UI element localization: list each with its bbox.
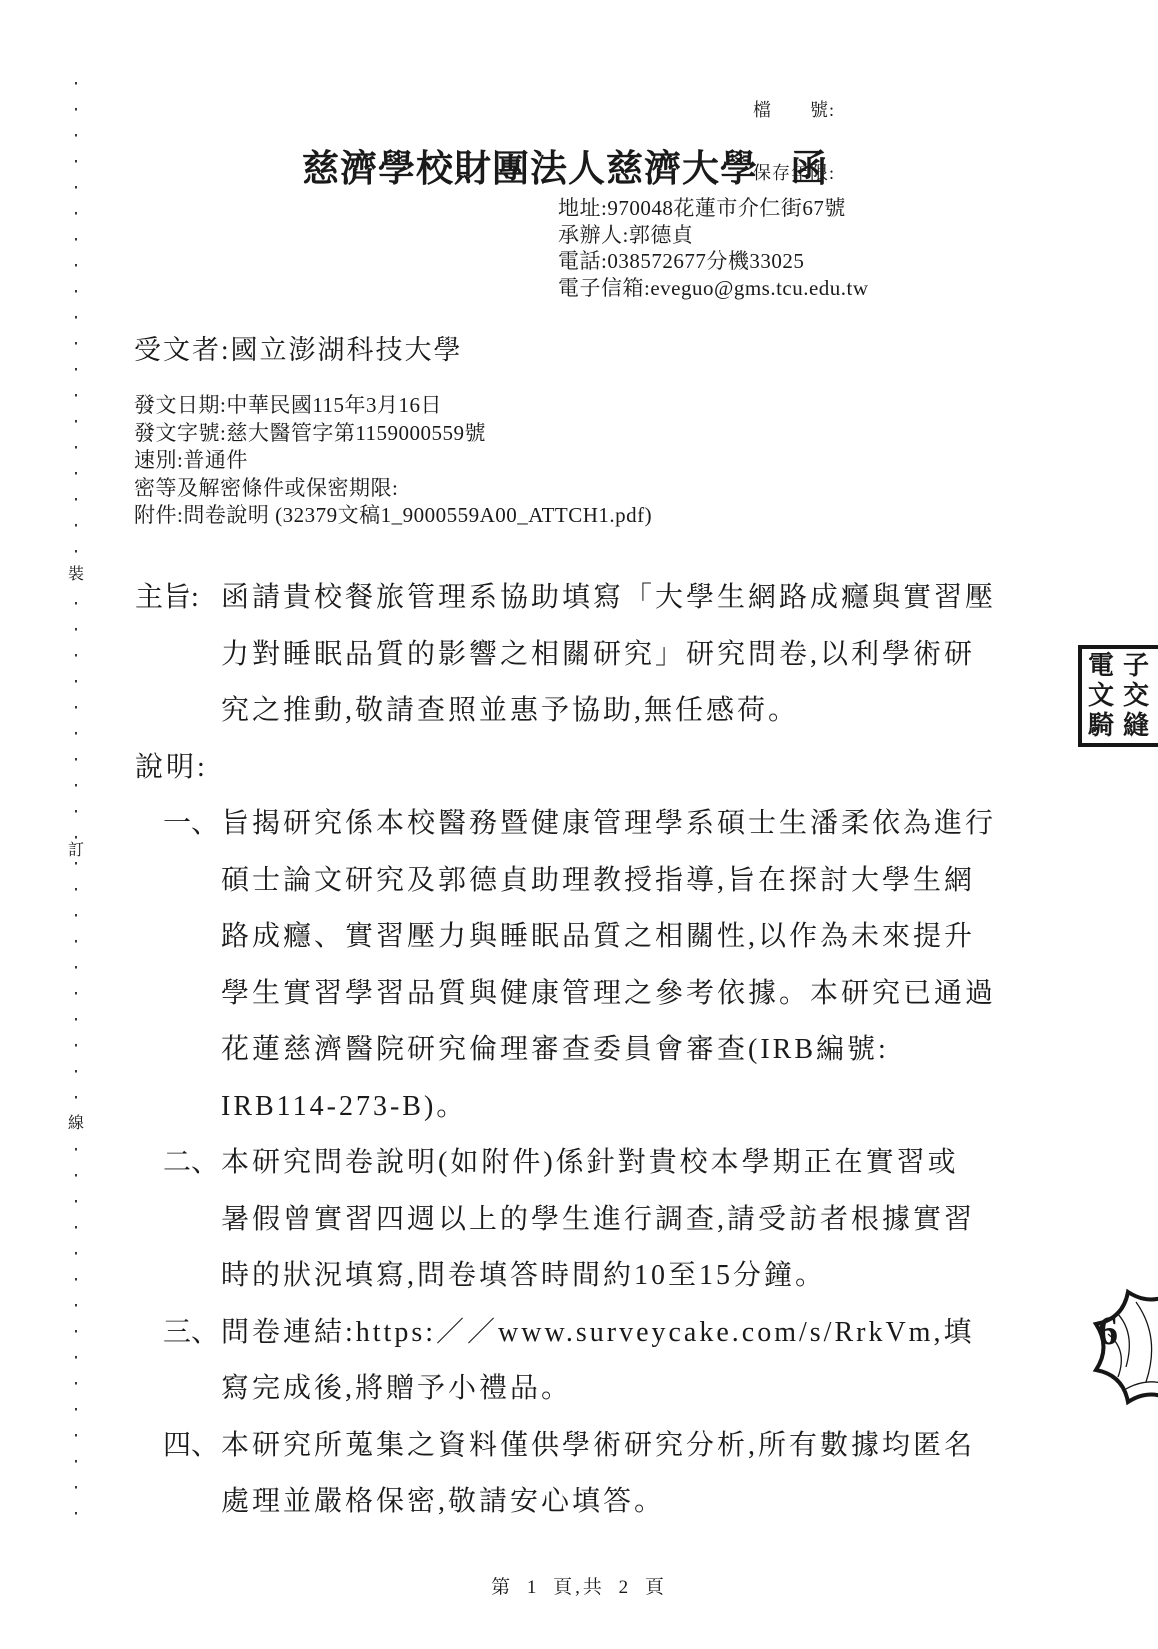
sender-line: 地址:970048花蓮市介仁街67號 — [558, 195, 869, 222]
binding-dotted-line — [75, 82, 77, 1534]
sender-line: 電子信箱:eveguo@gms.tcu.edu.tw — [558, 275, 869, 302]
subject-line: 究之推動,敬請查照並惠予協助,無任感荷。 — [135, 683, 1035, 740]
item-first-line: 三、問卷連結:https:／／www.surveycake.com/s/RrkV… — [135, 1305, 1035, 1362]
item-line: 時的狀況填寫,問卷填答時間約10至15分鐘。 — [135, 1248, 1035, 1305]
item-first-line: 四、本研究所蒐集之資料僅供學術研究分析,所有數據均匿名 — [135, 1418, 1035, 1475]
explanation-label: 說明: — [135, 740, 1035, 797]
exchange-seal-row: 文交 — [1088, 681, 1158, 711]
perforation-seal: 6 — [1066, 1282, 1158, 1412]
meta-line: 附件:問卷說明 (32379文稿1_9000559A00_ATTCH1.pdf) — [134, 502, 652, 530]
item-line: IRB114-273-B)。 — [135, 1079, 1035, 1136]
item-line: 暑假曾實習四週以上的學生進行調查,請受訪者根據實習 — [135, 1192, 1035, 1249]
body-block: 主旨:函請貴校餐旅管理系協助填寫「大學生網路成癮與實習壓力對睡眠品質的影響之相關… — [135, 570, 1035, 1531]
meta-line: 發文日期:中華民國115年3月16日 — [134, 392, 652, 420]
meta-line: 發文字號:慈大醫管字第1159000559號 — [134, 420, 652, 448]
seal-page-number: 6 — [1098, 1308, 1118, 1353]
exchange-seal-row: 電子 — [1088, 651, 1158, 681]
item-line: 花蓮慈濟醫院研究倫理審查委員會審查(IRB編號: — [135, 1022, 1035, 1079]
binding-mark-ding: 訂 — [64, 842, 88, 860]
subject-line: 力對睡眠品質的影響之相關研究」研究問卷,以利學術研 — [135, 627, 1035, 684]
binding-mark-zhuang: 裝 — [64, 566, 88, 584]
exchange-seal-row: 騎縫 — [1088, 711, 1158, 741]
item-line: 寫完成後,將贈予小禮品。 — [135, 1361, 1035, 1418]
sender-info-block: 地址:970048花蓮市介仁街67號承辦人:郭德貞電話:038572677分機3… — [558, 195, 869, 301]
recipient-line: 受文者:國立澎湖科技大學 — [134, 328, 463, 367]
item-first-line: 一、旨揭研究係本校醫務暨健康管理學系碩士生潘柔依為進行 — [135, 796, 1035, 853]
meta-line: 速別:普通件 — [134, 447, 652, 475]
electronic-exchange-seal: 電子文交騎縫 — [1078, 645, 1158, 747]
sender-line: 電話:038572677分機33025 — [558, 248, 869, 275]
item-line: 學生實習學習品質與健康管理之參考依據。本研究已通過 — [135, 966, 1035, 1023]
item-line: 處理並嚴格保密,敬請安心填答。 — [135, 1474, 1035, 1531]
meta-block: 發文日期:中華民國115年3月16日發文字號:慈大醫管字第1159000559號… — [134, 392, 652, 530]
document-page: 裝 訂 線 檔 號: 保存年限: 慈濟學校財團法人慈濟大學 函 地址:97004… — [0, 0, 1158, 1649]
item-line: 碩士論文研究及郭德貞助理教授指導,旨在探討大學生網 — [135, 853, 1035, 910]
binding-mark-xian: 線 — [64, 1115, 88, 1133]
seal-texture-line — [1136, 1302, 1152, 1382]
seal-texture-line — [1116, 1312, 1129, 1367]
file-number-label: 檔 號: — [753, 100, 835, 121]
meta-line: 密等及解密條件或保密期限: — [134, 475, 652, 503]
sender-line: 承辦人:郭德貞 — [558, 222, 869, 249]
page-footer: 第 1 頁,共 2 頁 — [0, 1572, 1158, 1599]
item-first-line: 二、本研究問卷說明(如附件)係針對貴校本學期正在實習或 — [135, 1135, 1035, 1192]
subject-first-line: 主旨:函請貴校餐旅管理系協助填寫「大學生網路成癮與實習壓 — [135, 570, 1035, 627]
item-line: 路成癮、實習壓力與睡眠品質之相關性,以作為未來提升 — [135, 909, 1035, 966]
seal-texture-line — [1124, 1382, 1158, 1390]
document-title: 慈濟學校財團法人慈濟大學 函 — [302, 138, 828, 192]
